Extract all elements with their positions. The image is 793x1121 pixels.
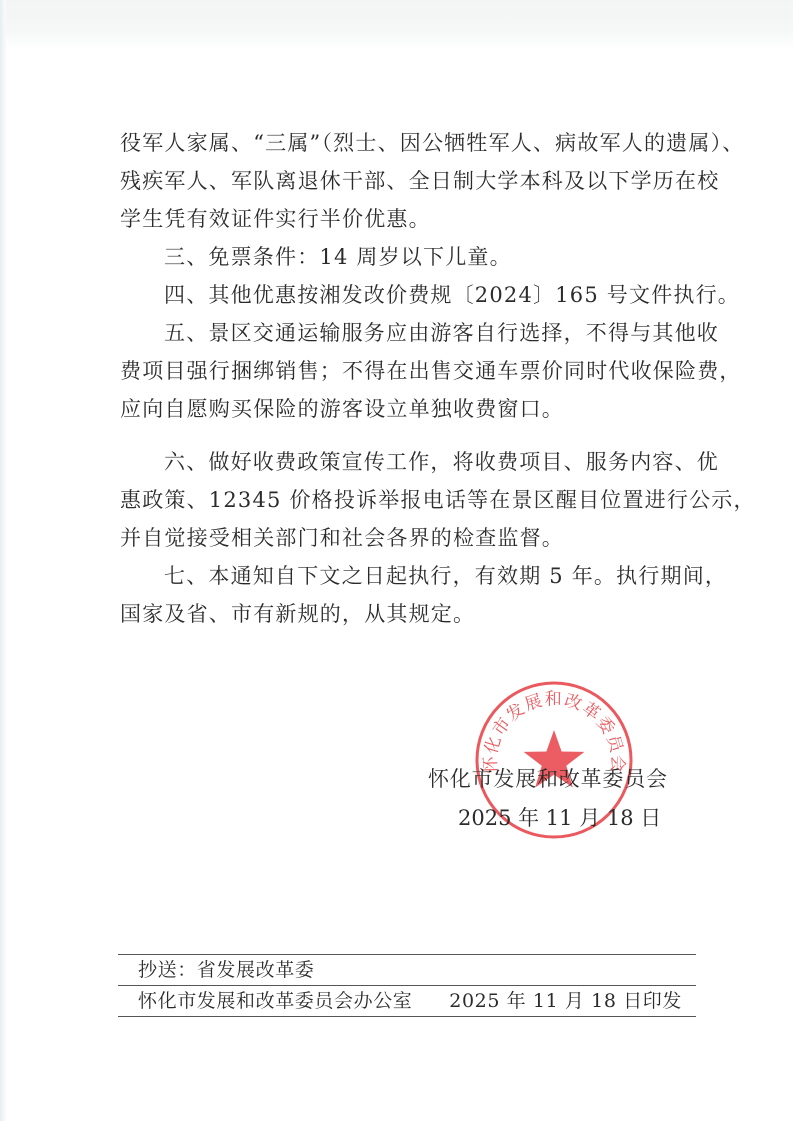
body-line: 学生凭有效证件实行半价优惠。 bbox=[120, 200, 692, 238]
scan-artifact-band bbox=[0, 0, 793, 50]
body-line: 七、本通知自下文之日起执行，有效期 5 年。执行期间， bbox=[120, 557, 692, 595]
issuing-office: 怀化市发展和改革委员会办公室 bbox=[138, 986, 412, 1016]
document-footer: 抄送：省发展改革委 怀化市发展和改革委员会办公室 2025 年 11 月 18 … bbox=[118, 954, 696, 1017]
body-line: 五、景区交通运输服务应由游客自行选择，不得与其他收 bbox=[120, 314, 692, 352]
paragraph-spacer bbox=[120, 428, 692, 443]
scan-artifact-edge bbox=[0, 0, 6, 1121]
print-date: 2025 年 11 月 18 日印发 bbox=[449, 986, 682, 1016]
signature-date: 2025 年 11 月 18 日 bbox=[458, 799, 661, 837]
body-line: 费项目强行捆绑销售；不得在出售交通车票价同时代收保险费， bbox=[120, 352, 692, 390]
body-line: 并自觉接受相关部门和社会各界的检查监督。 bbox=[120, 519, 692, 557]
body-line: 残疾军人、军队离退休干部、全日制大学本科及以下学历在校 bbox=[120, 162, 692, 200]
body-line: 六、做好收费政策宣传工作，将收费项目、服务内容、优 bbox=[120, 443, 692, 481]
footer-rule-bottom bbox=[118, 1016, 696, 1017]
body-line: 应向自愿购买保险的游客设立单独收费窗口。 bbox=[120, 390, 692, 428]
body-line: 四、其他优惠按湘发改价费规〔2024〕165 号文件执行。 bbox=[120, 276, 692, 314]
body-line: 三、免票条件：14 周岁以下儿童。 bbox=[120, 238, 692, 276]
body-line: 役军人家属、“三属”（烈士、因公牺牲军人、病故军人的遗属）、 bbox=[120, 124, 692, 162]
body-line: 国家及省、市有新规的，从其规定。 bbox=[120, 595, 692, 633]
issue-row: 怀化市发展和改革委员会办公室 2025 年 11 月 18 日印发 bbox=[118, 986, 696, 1016]
cc-row: 抄送：省发展改革委 bbox=[118, 955, 696, 985]
cc-text: 抄送：省发展改革委 bbox=[138, 955, 314, 985]
document-body: 役军人家属、“三属”（烈士、因公牺牲军人、病故军人的遗属）、 残疾军人、军队离退… bbox=[120, 124, 692, 633]
issuer-signature: 怀化市发展和改革委员会 bbox=[428, 760, 668, 798]
body-line: 惠政策、12345 价格投诉举报电话等在景区醒目位置进行公示， bbox=[120, 481, 692, 519]
